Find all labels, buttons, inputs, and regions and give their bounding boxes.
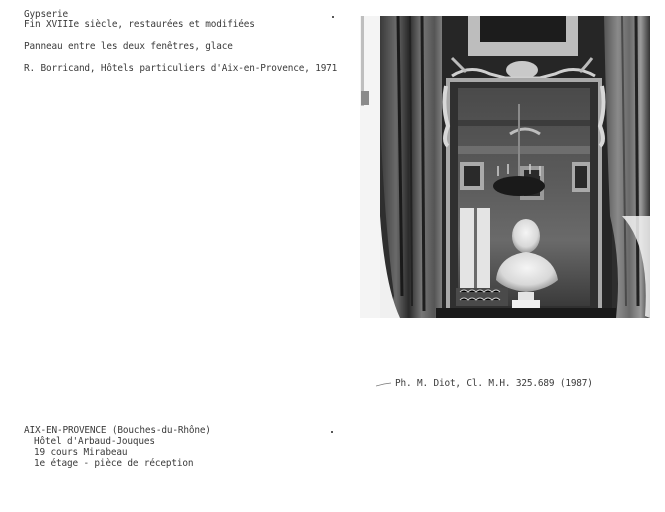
photo-credit: Ph. M. Diot, Cl. M.H. 325.689 (1987) — [395, 378, 593, 389]
punch-dot — [332, 16, 334, 18]
location-address: 19 cours Mirabeau — [34, 447, 127, 458]
punch-dot — [331, 431, 333, 433]
dating-label: Fin XVIIIe siècle, restaurées et modifié… — [24, 19, 255, 30]
location-city: AIX-EN-PROVENCE (Bouches-du-Rhône) — [24, 425, 211, 436]
bibliography-label: R. Borricand, Hôtels particuliers d'Aix-… — [24, 63, 337, 74]
description-label: Panneau entre les deux fenêtres, glace — [24, 41, 233, 52]
location-floor: 1e étage - pièce de réception — [34, 458, 193, 469]
photograph — [360, 16, 650, 318]
pointer-mark-icon — [376, 381, 392, 387]
location-building: Hôtel d'Arbaud-Jouques — [34, 436, 155, 447]
